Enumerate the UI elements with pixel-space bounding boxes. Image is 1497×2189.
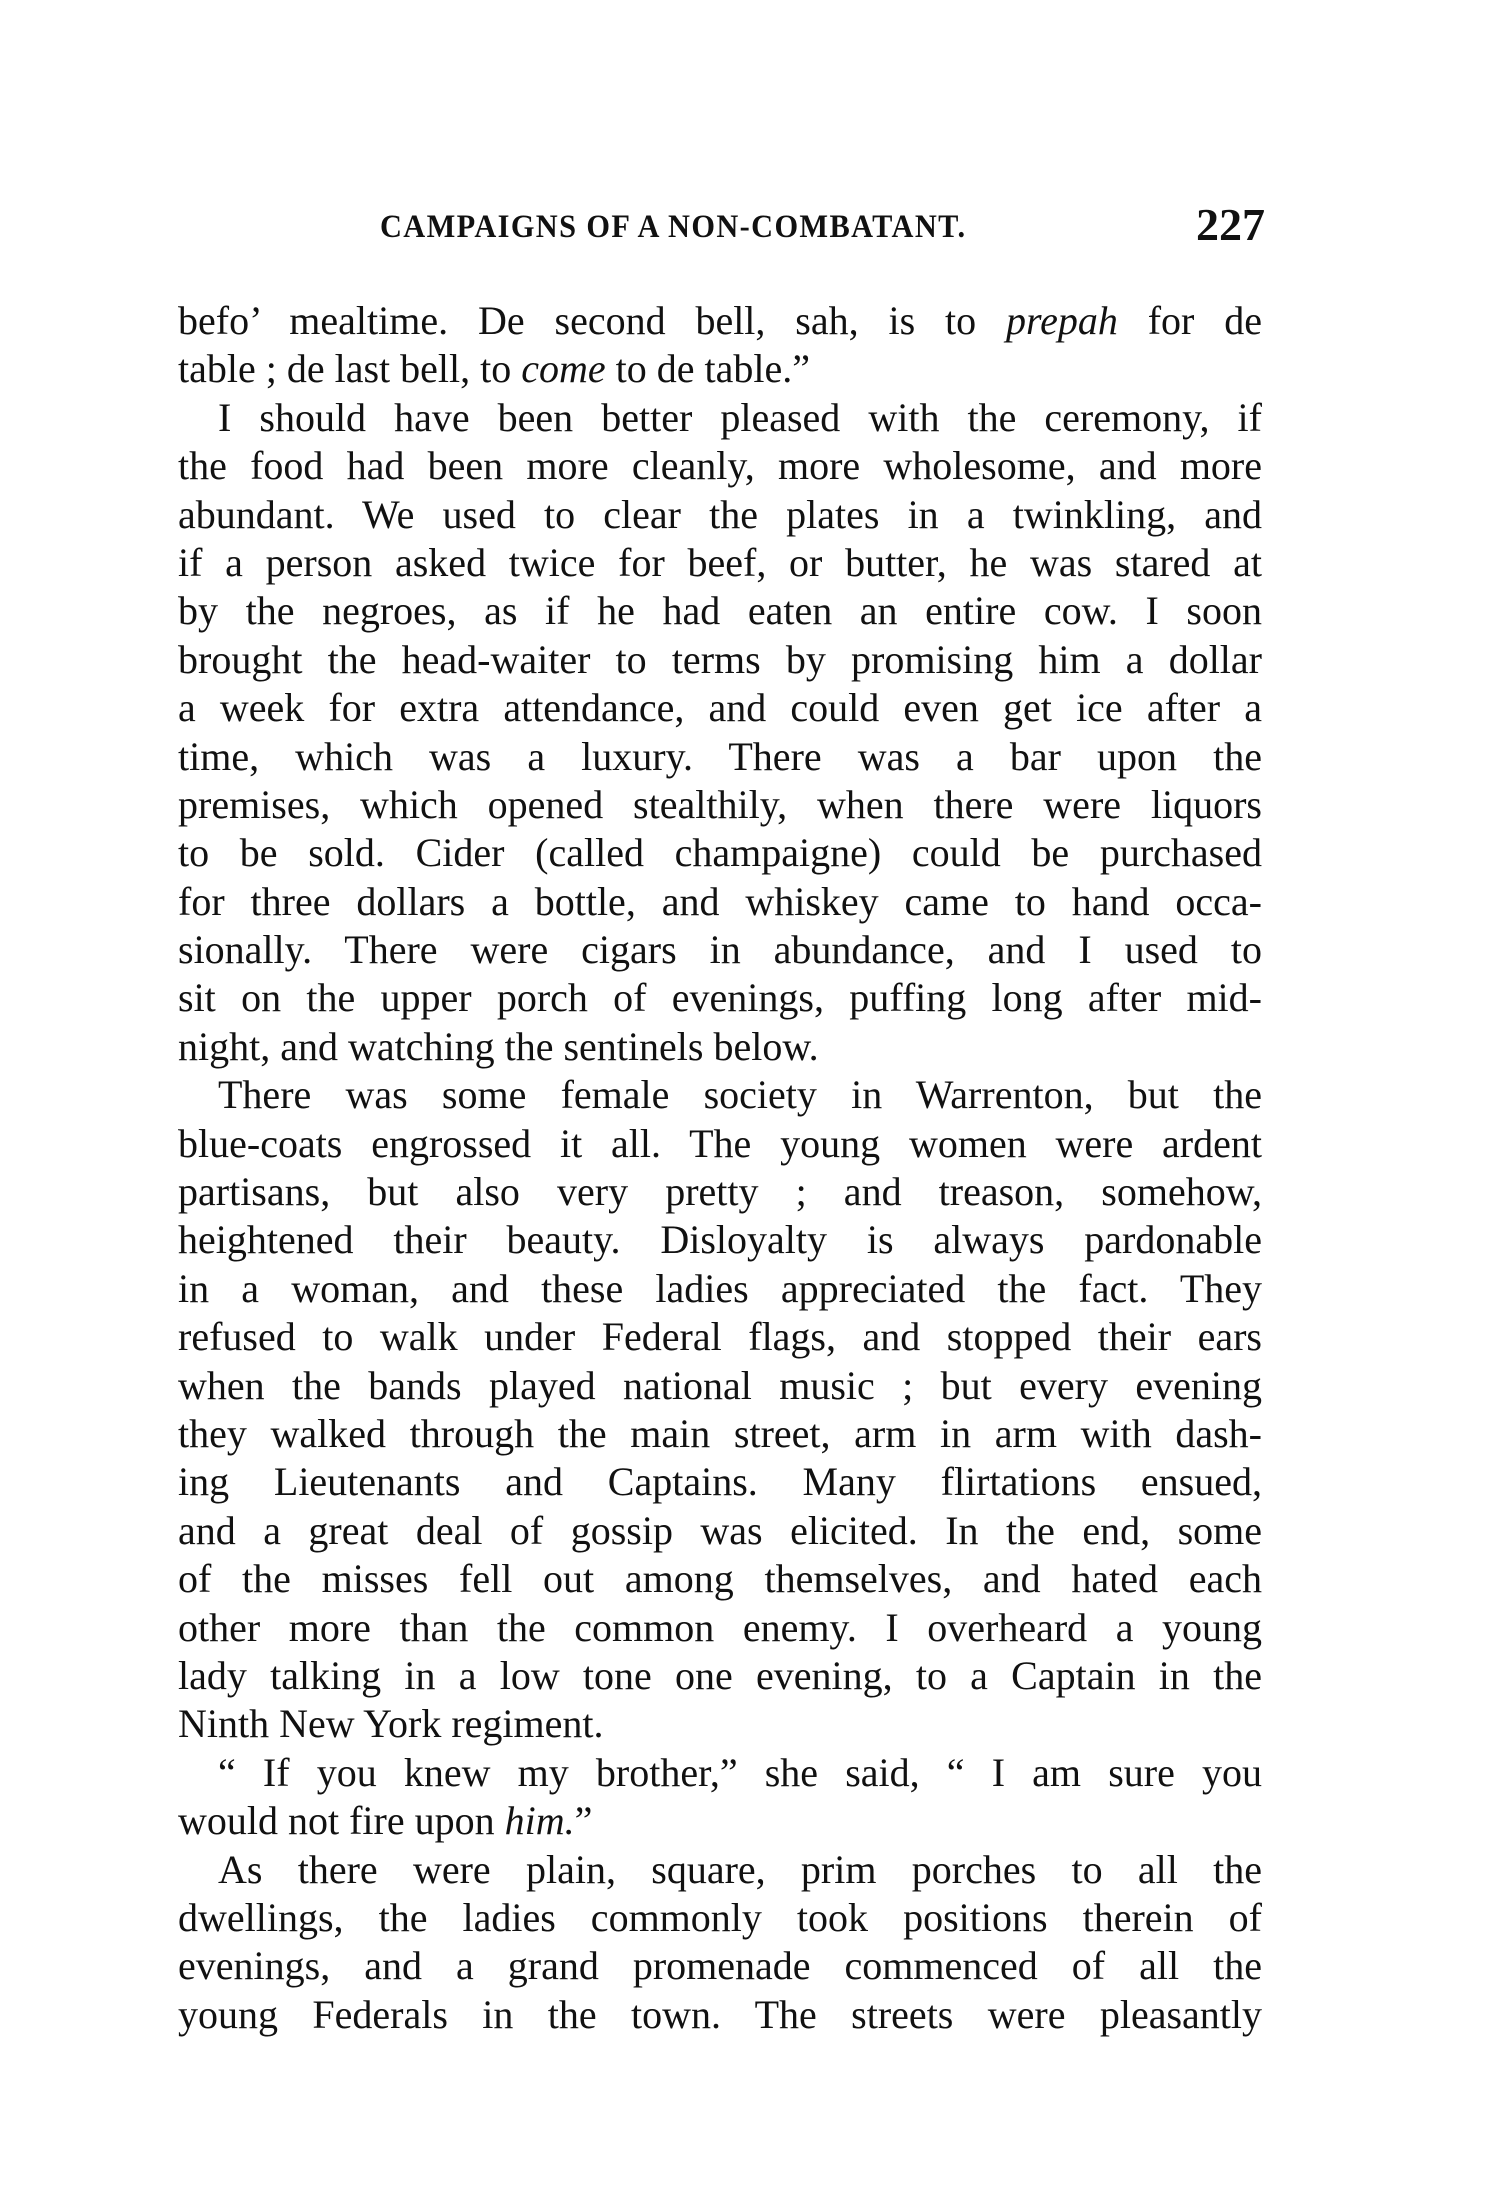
- italic-word: come: [521, 346, 605, 391]
- running-title: Campaigns of a Non-Combatant.: [380, 205, 995, 249]
- text-line: premises, which opened stealthily, when …: [178, 781, 1262, 829]
- text-line: when the bands played national music ; b…: [178, 1362, 1262, 1410]
- text-segment: and a great deal of gossip was elicited.…: [178, 1508, 1262, 1553]
- text-segment: evenings, and a grand promenade commence…: [178, 1943, 1262, 1988]
- text-line: night, and watching the sentinels below.: [178, 1023, 1262, 1071]
- text-segment: other more than the common enemy. I over…: [178, 1605, 1262, 1650]
- body-text: befo’ mealtime. De second bell, sah, is …: [178, 297, 1262, 2039]
- text-line: and a great deal of gossip was elicited.…: [178, 1507, 1262, 1555]
- italic-word: prepah: [1006, 298, 1118, 343]
- text-segment: refused to walk under Federal flags, and…: [178, 1314, 1262, 1359]
- page-number: 227: [1196, 201, 1264, 249]
- text-segment: sit on the upper porch of evenings, puff…: [178, 975, 1262, 1020]
- text-segment: premises, which opened stealthily, when …: [178, 782, 1262, 827]
- text-line: Ninth New York regiment.: [178, 1700, 1262, 1748]
- text-segment: for three dollars a bottle, and whiskey …: [178, 879, 1262, 924]
- text-line: they walked through the main street, arm…: [178, 1410, 1262, 1458]
- text-segment: sionally. There were cigars in abundance…: [178, 927, 1262, 972]
- text-segment: “ If you knew my brother,” she said, “ I…: [218, 1750, 1262, 1795]
- text-segment: young Federals in the town. The streets …: [178, 1992, 1262, 2037]
- text-line: partisans, but also very pretty ; and tr…: [178, 1168, 1262, 1216]
- text-line: would not fire upon him.”: [178, 1797, 1262, 1845]
- text-line: sit on the upper porch of evenings, puff…: [178, 974, 1262, 1022]
- text-segment: of the misses fell out among themselves,…: [178, 1556, 1262, 1601]
- text-line: As there were plain, square, prim porche…: [178, 1846, 1262, 1894]
- text-segment: a week for extra attendance, and could e…: [178, 685, 1262, 730]
- text-line: of the misses fell out among themselves,…: [178, 1555, 1262, 1603]
- text-segment: to de table.”: [606, 346, 810, 391]
- text-line: sionally. There were cigars in abundance…: [178, 926, 1262, 974]
- text-segment: brought the head-waiter to terms by prom…: [178, 637, 1262, 682]
- text-line: to be sold. Cider (called champaigne) co…: [178, 829, 1262, 877]
- text-segment: abundant. We used to clear the plates in…: [178, 492, 1262, 537]
- text-segment: There was some female society in Warrent…: [218, 1072, 1262, 1117]
- text-line: other more than the common enemy. I over…: [178, 1604, 1262, 1652]
- text-segment: I should have been better pleased with t…: [218, 395, 1262, 440]
- text-line: There was some female society in Warrent…: [178, 1071, 1262, 1119]
- text-line: by the negroes, as if he had eaten an en…: [178, 587, 1262, 635]
- text-segment: for de: [1118, 298, 1262, 343]
- text-segment: if a person asked twice for beef, or but…: [178, 540, 1262, 585]
- text-segment: befo’ mealtime. De second bell, sah, is …: [178, 298, 1006, 343]
- text-segment: dwellings, the ladies commonly took posi…: [178, 1895, 1262, 1940]
- text-line: heightened their beauty. Disloyalty is a…: [178, 1216, 1262, 1264]
- text-segment: by the negroes, as if he had eaten an en…: [178, 588, 1262, 633]
- text-line: table ; de last bell, to come to de tabl…: [178, 345, 1262, 393]
- text-line: for three dollars a bottle, and whiskey …: [178, 878, 1262, 926]
- text-line: refused to walk under Federal flags, and…: [178, 1313, 1262, 1361]
- text-segment: Ninth New York regiment.: [178, 1701, 604, 1746]
- text-segment: table ; de last bell, to: [178, 346, 521, 391]
- text-line: lady talking in a low tone one evening, …: [178, 1652, 1262, 1700]
- text-line: dwellings, the ladies commonly took posi…: [178, 1894, 1262, 1942]
- text-segment: partisans, but also very pretty ; and tr…: [178, 1169, 1262, 1214]
- text-line: befo’ mealtime. De second bell, sah, is …: [178, 297, 1262, 345]
- text-line: time, which was a luxury. There was a ba…: [178, 733, 1262, 781]
- text-line: I should have been better pleased with t…: [178, 394, 1262, 442]
- text-line: ing Lieutenants and Captains. Many flirt…: [178, 1458, 1262, 1506]
- text-line: brought the head-waiter to terms by prom…: [178, 636, 1262, 684]
- text-line: the food had been more cleanly, more who…: [178, 442, 1262, 490]
- text-segment: in a woman, and these ladies appreciated…: [178, 1266, 1262, 1311]
- text-line: abundant. We used to clear the plates in…: [178, 491, 1262, 539]
- text-line: “ If you knew my brother,” she said, “ I…: [178, 1749, 1262, 1797]
- text-segment: lady talking in a low tone one evening, …: [178, 1653, 1262, 1698]
- text-segment: blue-coats engrossed it all. The young w…: [178, 1121, 1262, 1166]
- text-segment: the food had been more cleanly, more who…: [178, 443, 1262, 488]
- text-segment: when the bands played national music ; b…: [178, 1363, 1262, 1408]
- text-segment: time, which was a luxury. There was a ba…: [178, 734, 1262, 779]
- text-segment: ing Lieutenants and Captains. Many flirt…: [178, 1459, 1262, 1504]
- text-line: blue-coats engrossed it all. The young w…: [178, 1120, 1262, 1168]
- text-segment: they walked through the main street, arm…: [178, 1411, 1262, 1456]
- text-line: a week for extra attendance, and could e…: [178, 684, 1262, 732]
- text-line: if a person asked twice for beef, or but…: [178, 539, 1262, 587]
- italic-word: him.: [505, 1798, 575, 1843]
- text-segment: heightened their beauty. Disloyalty is a…: [178, 1217, 1262, 1262]
- text-line: young Federals in the town. The streets …: [178, 1991, 1262, 2039]
- text-segment: night, and watching the sentinels below.: [178, 1024, 819, 1069]
- text-segment: would not fire upon: [178, 1798, 505, 1843]
- text-line: evenings, and a grand promenade commence…: [178, 1942, 1262, 1990]
- running-head: Campaigns of a Non-Combatant. 227: [0, 205, 1497, 249]
- text-segment: ”: [575, 1798, 593, 1843]
- text-line: in a woman, and these ladies appreciated…: [178, 1265, 1262, 1313]
- text-segment: As there were plain, square, prim porche…: [218, 1847, 1262, 1892]
- text-segment: to be sold. Cider (called champaigne) co…: [178, 830, 1262, 875]
